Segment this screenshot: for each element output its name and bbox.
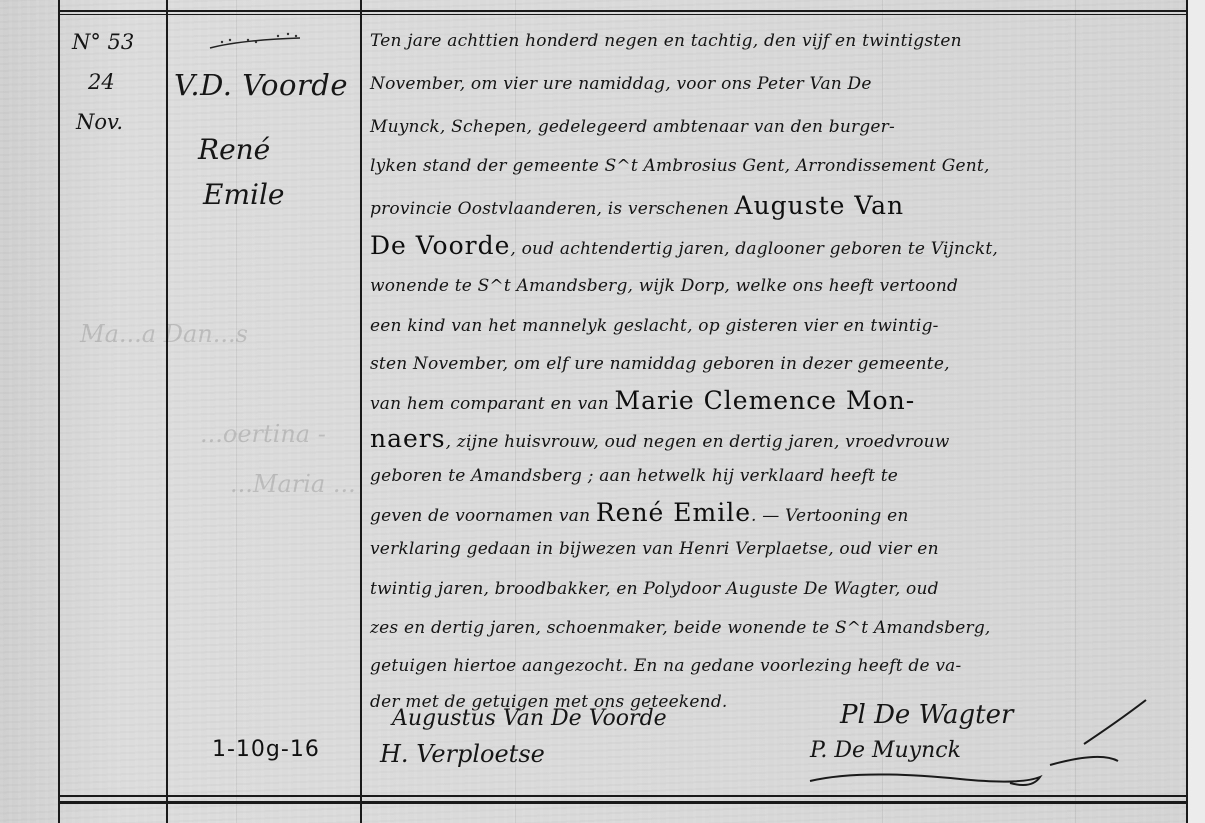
entry-month: Nov. [76, 110, 123, 134]
signature-stroke-icon [1080, 690, 1150, 750]
body-line-6: De Voorde, oud achtendertig jaren, daglo… [370, 231, 998, 260]
column-rule-name [360, 0, 362, 823]
signature-flourish-icon [800, 755, 1120, 795]
body-line-13: geven de voornamen van René Emile. — Ver… [370, 498, 908, 527]
body-line-9: sten November, om elf ure namiddag gebor… [370, 354, 950, 374]
body-line-1: Ten jare achttien honderd negen en tacht… [370, 31, 962, 51]
column-rule-number [166, 0, 168, 823]
bottom-rule-thick [58, 801, 1188, 804]
faint-rule [236, 0, 237, 823]
faint-rule [1075, 0, 1076, 823]
body-line-4: lyken stand der gemeente S^t Ambrosius G… [370, 156, 990, 176]
child-surname: V.D. Voorde [174, 68, 348, 102]
bleed-through-text: ...oertina - [200, 420, 326, 448]
child-name-in-text: René Emile [596, 498, 751, 527]
body-line-8: een kind van het mannelyk geslacht, op g… [370, 316, 939, 336]
bleed-through-text: Ma...a Dan...s [80, 320, 248, 348]
entry-number: N° 53 [72, 30, 134, 54]
body-line-2: November, om vier ure namiddag, voor ons… [370, 74, 872, 94]
father-name-part-1: Auguste Van [735, 191, 905, 220]
body-line-14: verklaring gedaan in bijwezen van Henri … [370, 539, 939, 559]
body-line-15: twintig jaren, broodbakker, en Polydoor … [370, 579, 939, 599]
top-rule-thin [58, 14, 1188, 15]
bottom-rule [58, 795, 1188, 797]
body-line-11: naers, zijne huisvrouw, oud negen en der… [370, 424, 950, 453]
signature-father: Augustus Van De Voorde [392, 706, 667, 731]
body-line-3: Muynck, Schepen, gedelegeerd ambtenaar v… [370, 117, 895, 137]
entry-day: 24 [88, 70, 115, 94]
bleed-through-text: ...Maria ... [230, 470, 356, 498]
page-edge [1188, 0, 1205, 823]
column-rule-left [58, 0, 60, 823]
register-page: N° 53 24 Nov. V.D. Voorde René Emile Ma.… [0, 0, 1205, 823]
mother-name-part-2: naers [370, 424, 446, 453]
signature-witness-de-wagter: Pl De Wagter [840, 700, 1013, 730]
margin-annotation: 1-10g-16 [212, 737, 320, 762]
body-line-16: zes en dertig jaren, schoenmaker, beide … [370, 618, 991, 638]
body-line-5: provincie Oostvlaanderen, is verschenen … [370, 191, 904, 220]
body-line-17: getuigen hiertoe aangezocht. En na gedan… [370, 656, 961, 676]
body-line-7: wonende te S^t Amandsberg, wijk Dorp, we… [370, 276, 958, 296]
father-name-part-2: De Voorde [370, 231, 510, 260]
top-rule [58, 10, 1188, 12]
child-given-name-2: Emile [203, 178, 284, 211]
mother-name-part-1: Marie Clemence Mon- [614, 386, 915, 415]
body-line-12: geboren te Amandsberg ; aan hetwelk hij … [370, 466, 898, 486]
child-given-name-1: René [198, 133, 270, 166]
signature-witness-verploetse: H. Verploetse [380, 740, 545, 768]
dotted-flourish-icon [200, 30, 310, 52]
body-line-10: van hem comparant en van Marie Clemence … [370, 386, 915, 415]
